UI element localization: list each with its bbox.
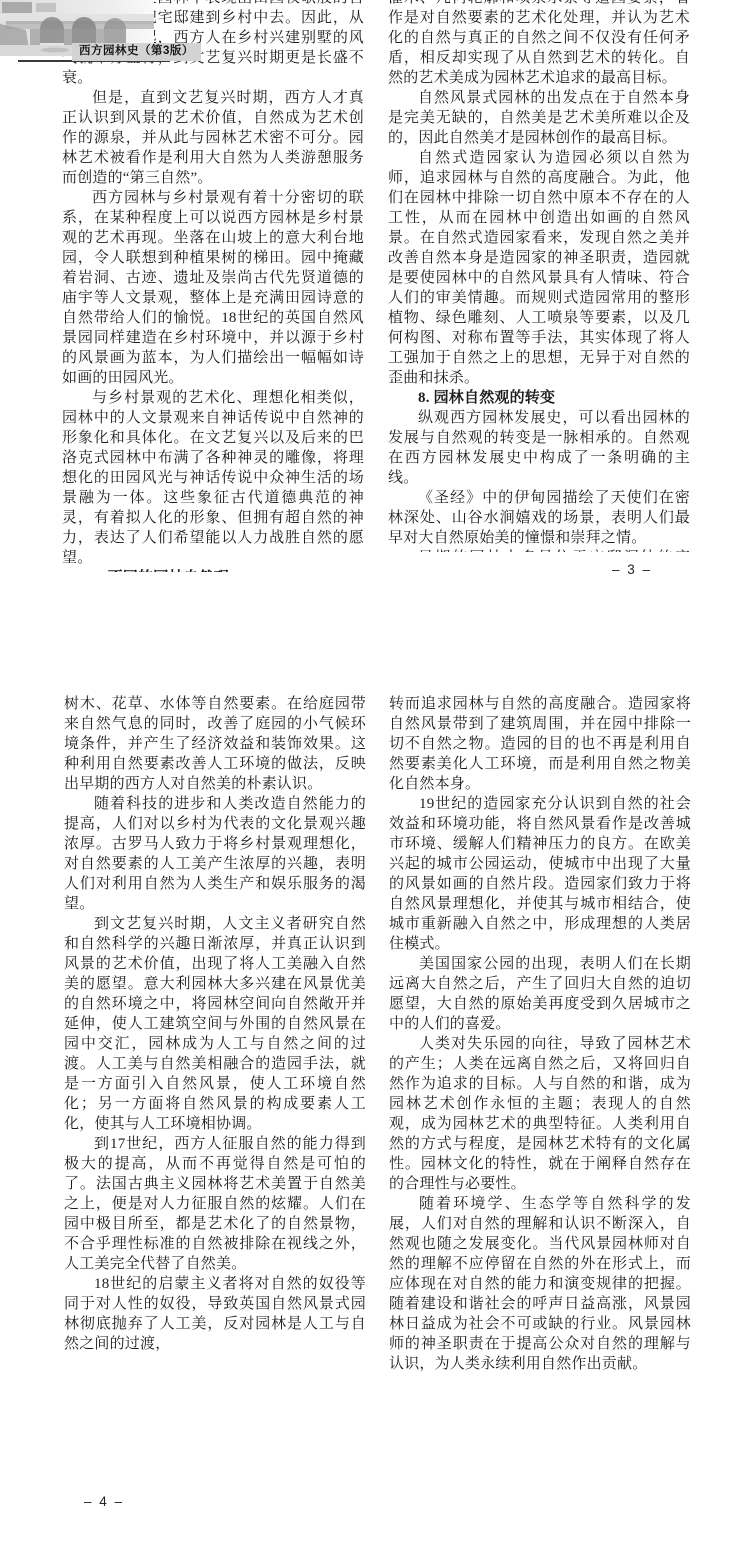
book-title: 西方园林史（第3版） — [72, 43, 201, 61]
paragraph: 纵观西方园林发展史，可以看出园林的发展与自然观的转变是一脉相承的。自然观在西方园… — [388, 408, 690, 488]
page4-right-column: 转而追求园林与自然的高度融合。造园家将自然风景带到了建筑周围，并在园中排除一切不… — [389, 694, 691, 1374]
paragraph: 转而追求园林与自然的高度融合。造园家将自然风景带到了建筑周围，并在园中排除一切不… — [389, 694, 691, 794]
paragraph: 但是，直到文艺复兴时期，西方人才真正认识到风景的艺术价值，自然成为艺术创作的源泉… — [62, 88, 364, 188]
paragraph: 19世纪的造园家充分认识到自然的社会效益和环境功能，将自然风景看作是改善城市环境… — [389, 794, 691, 954]
paragraph: 美国国家公园的出现，表明人们在长期远离大自然之后，产生了回归大自然的迫切愿望，大… — [389, 954, 691, 1034]
section-heading: 8. 园林自然观的转变 — [388, 388, 690, 408]
paragraph: 到17世纪，西方人征服自然的能力得到极大的提高，从而不再觉得自然是可怕的了。法国… — [64, 1134, 366, 1274]
paragraph: 随着科技的进步和人类改造自然能力的提高，人们对以乡村为代表的文化景观兴趣浓厚。古… — [64, 794, 366, 914]
paragraph: 自然风景式园林的出发点在于自然本身是完美无缺的，自然美是艺术美所难以企及的，因此… — [388, 88, 690, 148]
paragraph: 随着环境学、生态学等自然科学的发展，人们对自然的理解和认识不断深入，自然观也随之… — [389, 1194, 691, 1374]
paragraph: 树木、花草、水体等自然要素。在给庭园带来自然气息的同时，改善了庭园的小气候环境条… — [64, 694, 366, 794]
page3-page-number: – 3 – — [612, 562, 652, 577]
paragraph: 自然式造园家认为造园必须以自然为师，追求园林与自然的高度融合。为此，他们在园林中… — [388, 148, 690, 388]
paragraph: 人类对失乐园的向往，导致了园林艺术的产生；人类在远离自然之后，又将回归自然作为追… — [389, 1034, 691, 1194]
page4-page-number: – 4 – — [84, 1494, 124, 1509]
paragraph: 早期的园林大多是位于宅邸深处的庭园，在建筑物围合的封闭而规整的空间中，人们引入了 — [388, 548, 690, 552]
section-heading: 7. 不同的园林自然观 — [62, 568, 364, 572]
paragraph: 18世纪的启蒙主义者将对自然的奴役等同于对人性的奴役，导致英国自然风景式园林彻底… — [64, 1274, 366, 1354]
paragraph: 西方园林与乡村景观有着十分密切的联系，在某种程度上可以说西方园林是乡村景观的艺术… — [62, 188, 364, 388]
paragraph: 与乡村景观的艺术化、理想化相类似，园林中的人文景观来自神话传说中自然神的形象化和… — [62, 388, 364, 568]
scanned-book-page: { "page3": { "page_number": "– 3 –", "le… — [0, 0, 750, 1546]
page3-left-column: 人们不仅要在园林中表现出田园牧歌般的自然，而且要把宅邸建到乡村中去。因此，从古罗… — [62, 0, 364, 572]
page4-running-header: 西方园林史（第3版） — [0, 0, 750, 62]
paragraph: 到文艺复兴时期，人文主义者研究自然和自然科学的兴趣日渐浓厚，并真正认识到风景的艺… — [64, 914, 366, 1134]
page4-left-column: 树木、花草、水体等自然要素。在给庭园带来自然气息的同时，改善了庭园的小气候环境条… — [64, 694, 366, 1354]
page3-right-column: 灌木、几何轮廓和喷泉水景等造园要素，看作是对自然要素的艺术化处理，并认为艺术化的… — [388, 0, 690, 552]
paragraph: 《圣经》中的伊甸园描绘了天使们在密林深处、山谷水涧嬉戏的场景，表明人们最早对大自… — [388, 488, 690, 548]
